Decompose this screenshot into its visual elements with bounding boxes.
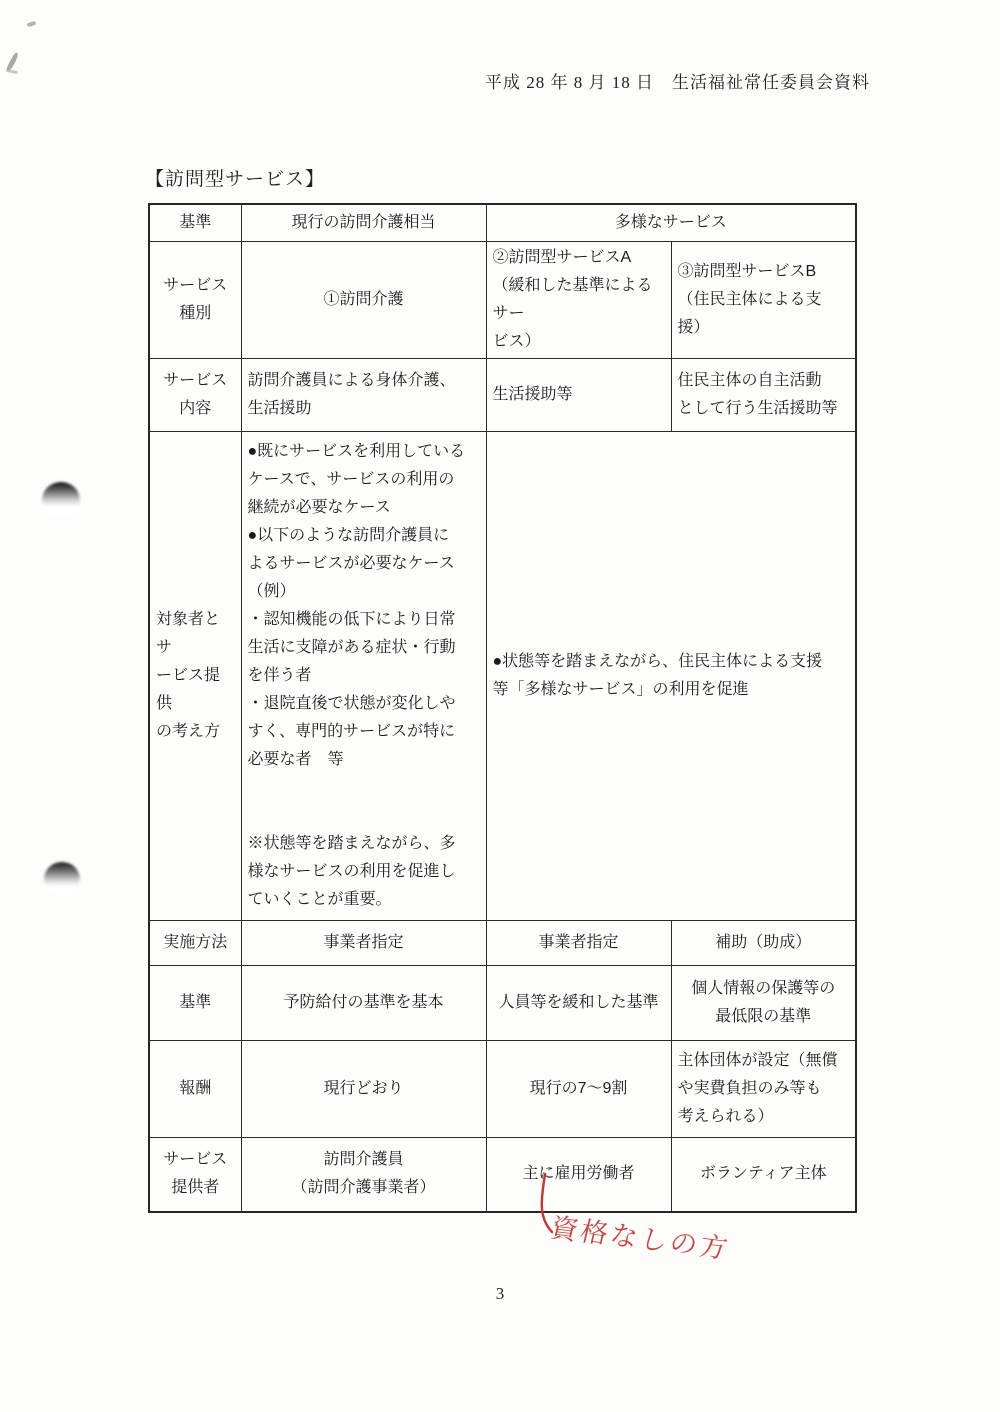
service-comparison-table: 基準 現行の訪問介護相当 多様なサービス サービス 種別 ①訪問介護 ②訪問型サ… — [148, 203, 857, 1213]
table-cell: ●状態等を踏まえながら、住民主体による支援 等「多様なサービス」の利用を促進 — [486, 431, 856, 920]
header-current-equivalent: 現行の訪問介護相当 — [241, 204, 486, 241]
table-cell: 事業者指定 — [241, 920, 486, 965]
header-diverse-services: 多様なサービス — [486, 204, 856, 241]
scan-artifact — [6, 69, 18, 74]
table-header-row: 基準 現行の訪問介護相当 多様なサービス — [149, 204, 856, 241]
row-implementation-method: 実施方法 事業者指定 事業者指定 補助（助成） — [149, 920, 856, 965]
row-label: 対象者とサ ービス提供 の考え方 — [149, 431, 241, 920]
table-cell: ②訪問型サービスA （緩和した基準によるサー ビス） — [486, 241, 671, 358]
row-label: 実施方法 — [149, 920, 241, 965]
document-header-date: 平成 28 年 8 月 18 日 生活福祉常任委員会資料 — [485, 68, 870, 93]
table-cell: 個人情報の保護等の 最低限の基準 — [671, 965, 856, 1040]
row-standards: 基準 予防給付の基準を基本 人員等を緩和した基準 個人情報の保護等の 最低限の基… — [149, 965, 856, 1040]
header-criteria: 基準 — [149, 204, 241, 241]
table-cell: ①訪問介護 — [241, 241, 486, 358]
row-service-content: サービス 内容 訪問介護員による身体介護、 生活援助 生活援助等 住民主体の自主… — [149, 358, 856, 431]
row-remuneration: 報酬 現行どおり 現行の7～9割 主体団体が設定（無償 や実費負担のみ等も 考え… — [149, 1040, 856, 1137]
table-cell: 事業者指定 — [486, 920, 671, 965]
scanned-document-page: 平成 28 年 8 月 18 日 生活福祉常任委員会資料 【訪問型サービス】 基… — [0, 0, 1000, 1412]
table-cell: ボランティア主体 — [671, 1137, 856, 1212]
table-cell: 現行どおり — [241, 1040, 486, 1137]
table-cell: 主体団体が設定（無償 や実費負担のみ等も 考えられる） — [671, 1040, 856, 1137]
row-label: 基準 — [149, 965, 241, 1040]
table-cell: 住民主体の自主活動 として行う生活援助等 — [671, 358, 856, 431]
row-service-type: サービス 種別 ①訪問介護 ②訪問型サービスA （緩和した基準によるサー ビス）… — [149, 241, 856, 358]
table-cell: 生活援助等 — [486, 358, 671, 431]
table-cell: 人員等を緩和した基準 — [486, 965, 671, 1040]
table-cell: 訪問介護員による身体介護、 生活援助 — [241, 358, 486, 431]
row-label: サービス 提供者 — [149, 1137, 241, 1212]
page-title: 【訪問型サービス】 — [145, 164, 325, 191]
hole-punch-shadow — [42, 482, 80, 518]
row-label: サービス 種別 — [149, 241, 241, 358]
table-cell: 訪問介護員 （訪問介護事業者） — [241, 1137, 486, 1212]
hole-punch-shadow — [44, 862, 80, 896]
table-cell: ●既にサービスを利用している ケースで、サービスの利用の 継続が必要なケース ●… — [241, 431, 486, 920]
table-cell: 補助（助成） — [671, 920, 856, 965]
scan-artifact — [27, 21, 37, 28]
table-cell: 現行の7～9割 — [486, 1040, 671, 1137]
table-cell: ③訪問型サービスB （住民主体による支 援） — [671, 241, 856, 358]
row-service-provider: サービス 提供者 訪問介護員 （訪問介護事業者） 主に雇用労働者 ボランティア主… — [149, 1137, 856, 1212]
row-target-users: 対象者とサ ービス提供 の考え方 ●既にサービスを利用している ケースで、サービ… — [149, 431, 856, 920]
row-label: 報酬 — [149, 1040, 241, 1137]
handwritten-annotation: 資格なしの方 — [547, 1206, 734, 1266]
page-number: 3 — [0, 1284, 1000, 1304]
table-cell: 予防給付の基準を基本 — [241, 965, 486, 1040]
row-label: サービス 内容 — [149, 358, 241, 431]
